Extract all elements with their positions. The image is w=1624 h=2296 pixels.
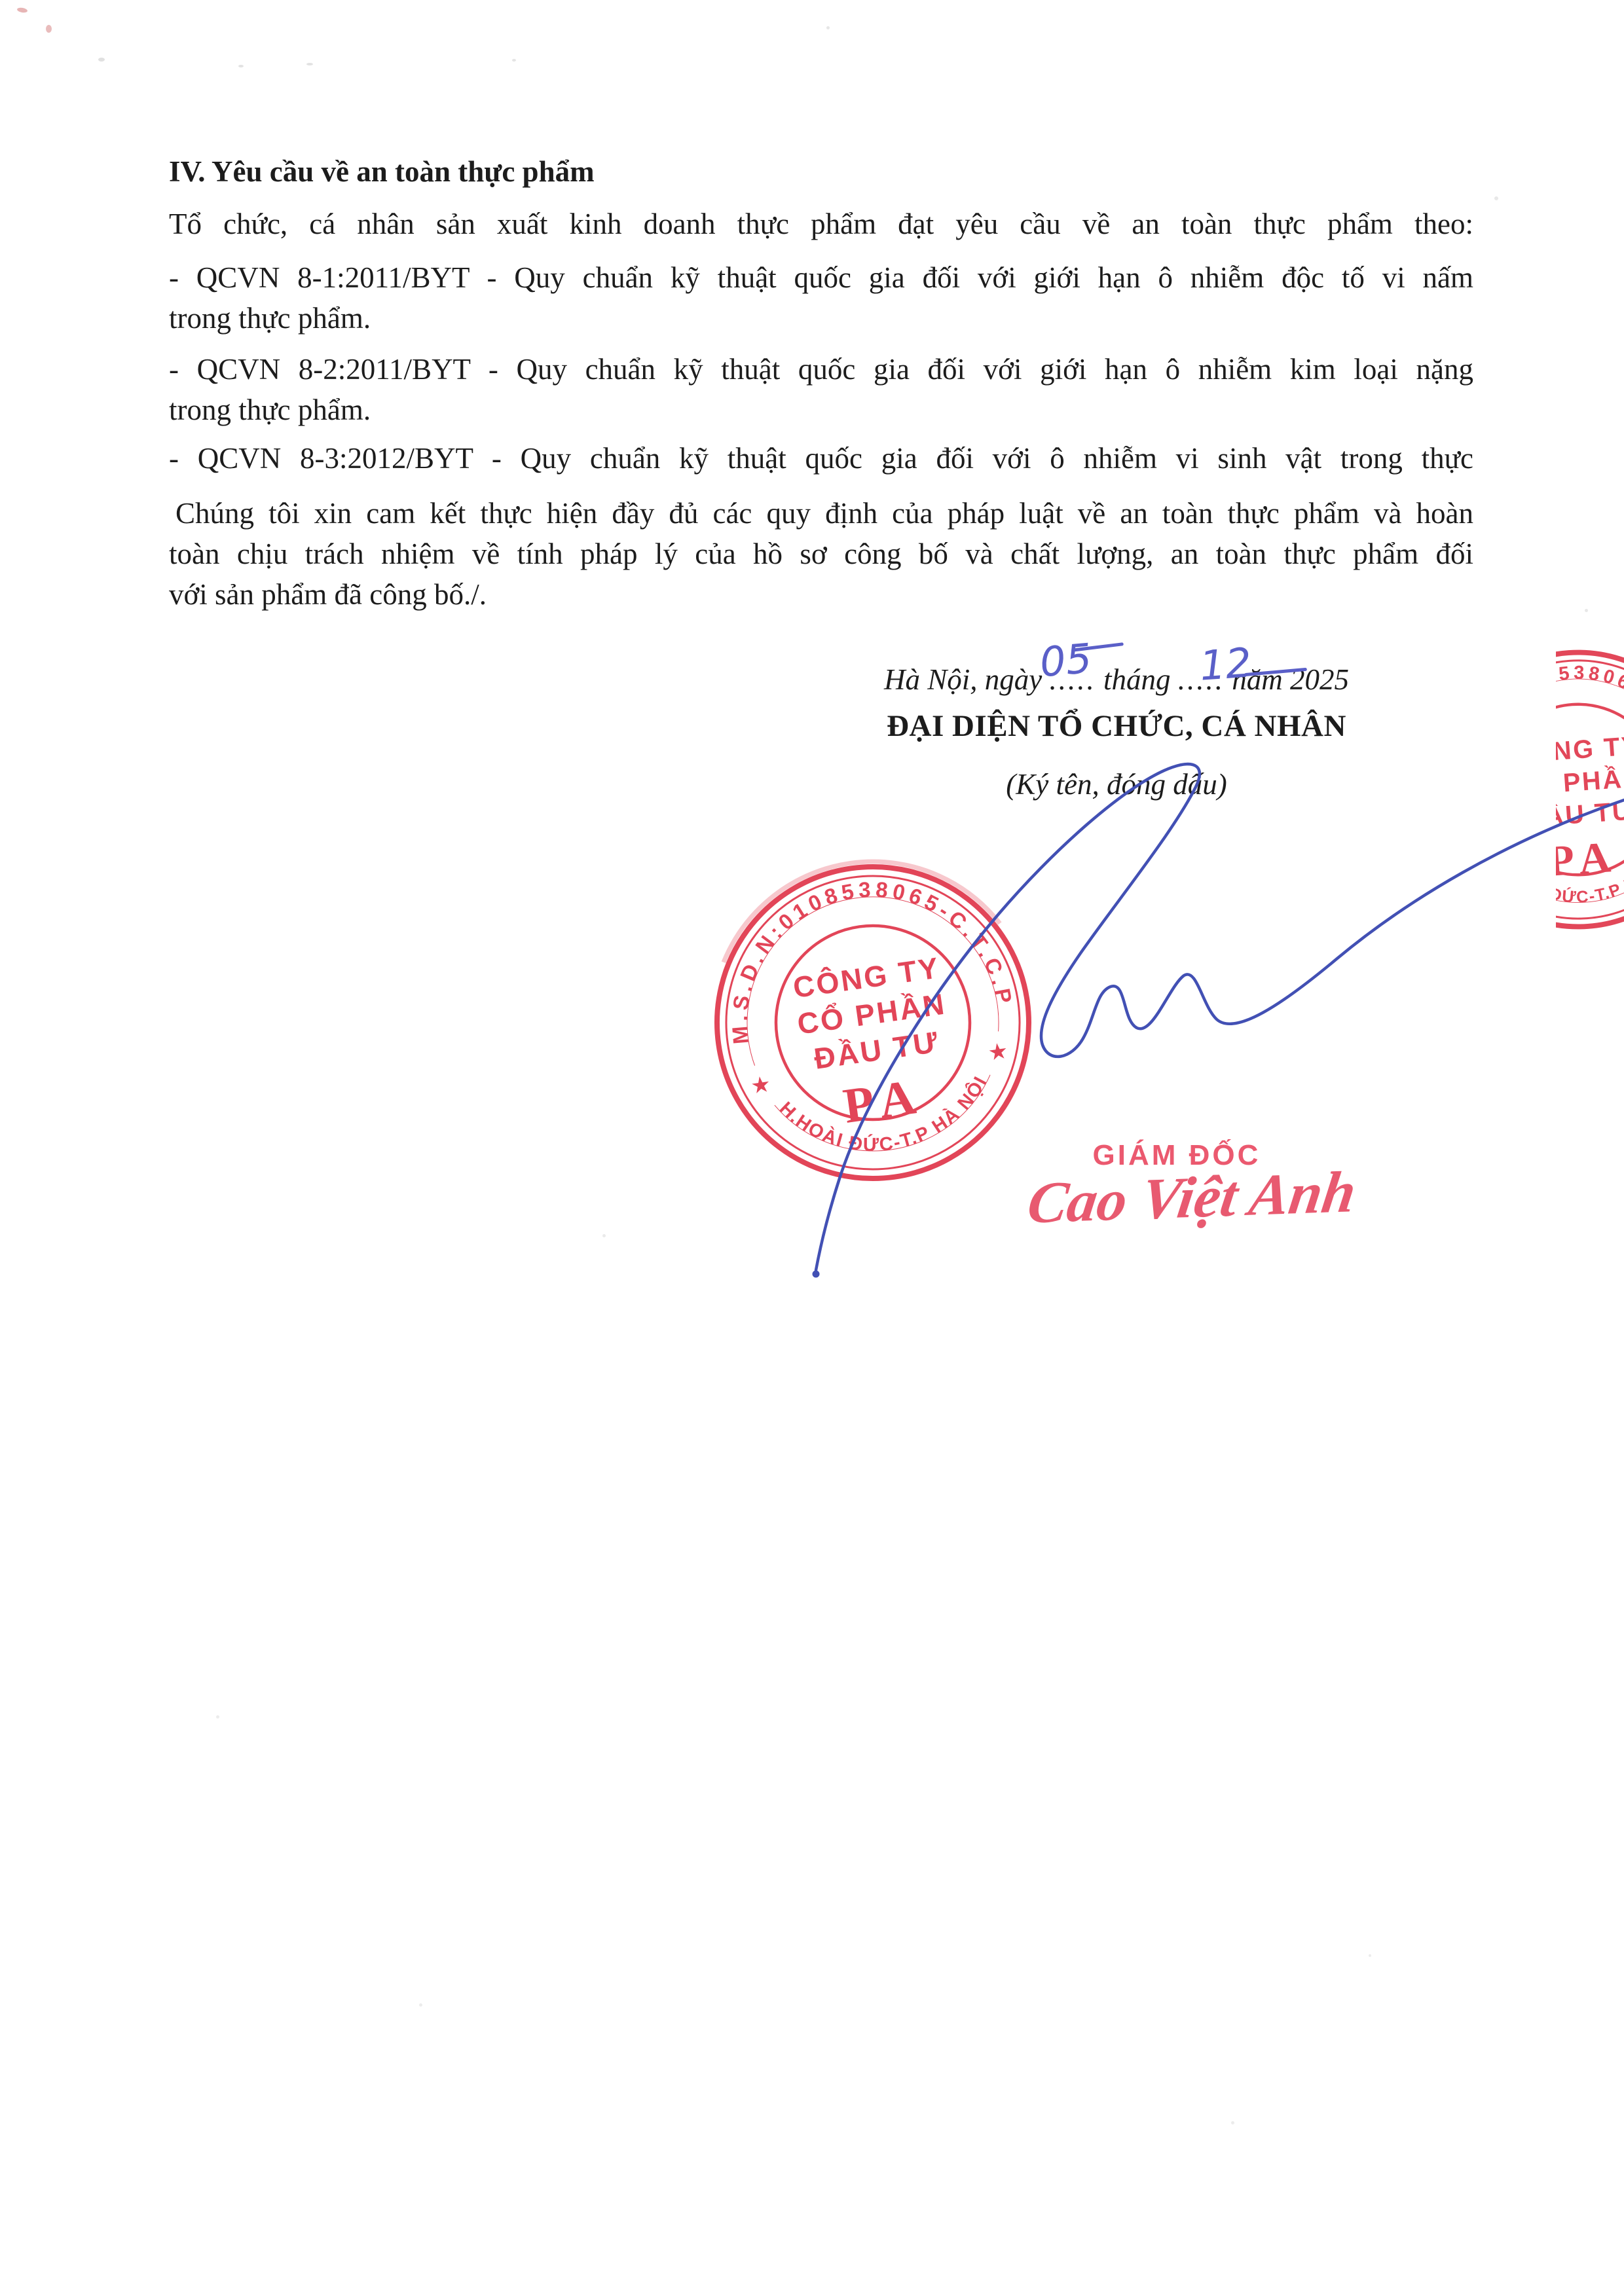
stamp-company-line2: CỔ PHẦN [1556,763,1624,801]
date-line: Hà Nội, ngày ..... tháng ..... năm 2025 [786,663,1447,697]
body-line: - QCVN 8-2:2011/BYT - Quy chuẩn kỹ thuật… [169,352,1473,386]
scan-speck [1369,1954,1371,1957]
stamp-company-abbrev: PA [1556,833,1620,886]
scan-speck [46,25,52,33]
scan-speck [1585,609,1588,612]
signature-ink-dot [813,1271,820,1278]
scan-speck [98,58,105,62]
scan-speck [1494,196,1498,200]
body-line: Chúng tôi xin cam kết thực hiện đầy đủ c… [175,496,1473,530]
date-prefix: Hà Nội, ngày [884,663,1042,696]
body-line: toàn chịu trách nhiệm về tính pháp lý củ… [169,537,1473,571]
body-line: trong thực phẩm. [169,393,1473,427]
representative-title: ĐẠI DIỆN TỔ CHỨC, CÁ NHÂN [786,708,1447,744]
scan-speck [216,1715,219,1719]
stamp-company-line3: ĐẦU TƯ [1556,796,1624,833]
scanned-document-page: IV. Yêu cầu về an toàn thực phẩm Tổ chức… [0,0,1624,2296]
stamp-star-right: ★ [986,1038,1009,1066]
section-heading: IV. Yêu cầu về an toàn thực phẩm [169,155,1473,189]
scan-speck [419,2003,422,2007]
scan-speck [512,59,516,62]
scan-speck [17,7,28,14]
scan-speck [238,65,244,67]
body-line: - QCVN 8-1:2011/BYT - Quy chuẩn kỹ thuật… [169,261,1473,295]
scan-speck [602,1234,606,1237]
company-round-stamp-partial: M.S.D.N:0108538065-C.T.C.P H.HOÀI ĐỨC-T.… [1556,646,1624,934]
scan-speck [1231,2121,1234,2124]
date-thang: tháng [1103,663,1171,696]
stamp-star-left: ★ [749,1072,772,1099]
company-round-stamp: M.S.D.N:0108538065-C.T.C.P H.HOÀI ĐỨC-T.… [709,859,1037,1186]
scan-speck [826,26,830,29]
stamp-company-line1: CÔNG TY [1556,731,1624,769]
stamp-company-abbrev: PA [840,1068,928,1134]
handwritten-month: 12 [1198,638,1253,689]
scan-speck [306,63,313,65]
handwritten-day: 05 [1038,634,1094,687]
body-line: với sản phẩm đã công bố./. [169,577,1473,611]
body-line: trong thực phẩm. [169,301,1473,335]
body-line: Tổ chức, cá nhân sản xuất kinh doanh thự… [169,207,1473,241]
body-line: - QCVN 8-3:2012/BYT - Quy chuẩn kỹ thuật… [169,441,1473,475]
partial-stamp-right-edge: M.S.D.N:0108538065-C.T.C.P H.HOÀI ĐỨC-T.… [1556,643,1624,939]
sign-note: (Ký tên, đóng dấu) [786,767,1447,801]
